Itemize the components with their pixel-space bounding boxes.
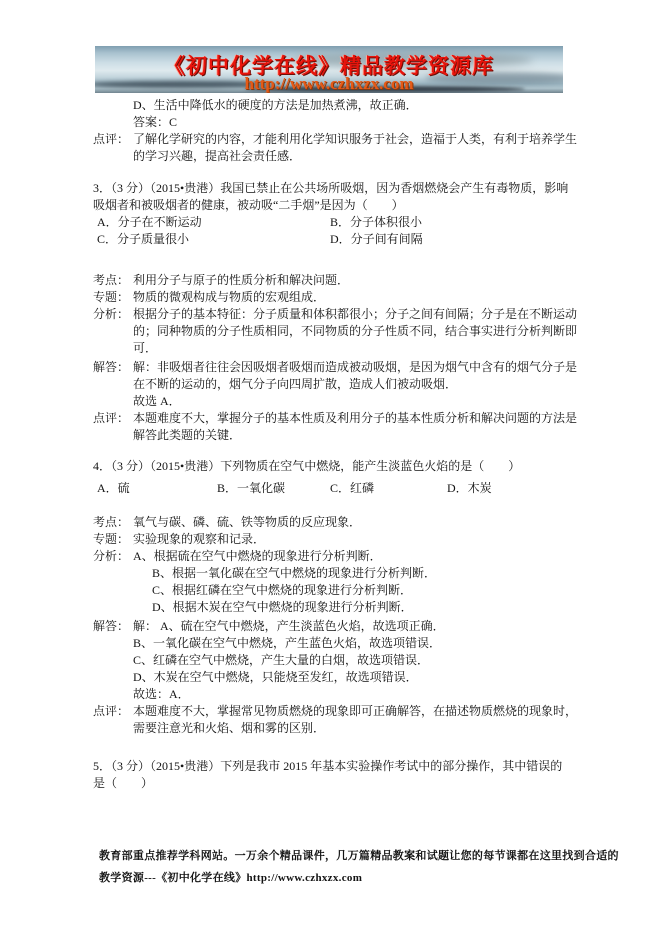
- analysis-line: 根据分子的基本特征：分子质量和体积都很小；分子之间有间隔；分子是在不断运动: [133, 306, 579, 323]
- analysis-content: 根据分子的基本特征：分子质量和体积都很小；分子之间有间隔；分子是在不断运动 的；…: [133, 306, 579, 357]
- comment-row: 点评： 本题难度不大，掌握分子的基本性质及利用分子的基本性质分析和解决问题的方法…: [93, 410, 579, 444]
- header-banner-image: 《初中化学在线》精品教学资源库 http://www.czhxzx.com: [95, 46, 563, 93]
- q2-comment-row: 点评： 了解化学研究的内容，才能利用化学知识服务于社会，造福于人类，有利于培养学…: [93, 131, 579, 165]
- comment-content: 本题难度不大，掌握分子的基本性质及利用分子的基本性质分析和解决问题的方法是 解答…: [133, 410, 579, 444]
- q4-option-c: C．红磷: [330, 480, 447, 497]
- comment-content: 本题难度不大，掌握常见物质燃烧的现象即可正确解答，在描述物质燃烧的现象时， 需要…: [133, 703, 579, 737]
- footer: 教育部重点推荐学科网站。一万余个精品课件，几万篇精品教案和试题让您的每节课都在这…: [99, 845, 629, 889]
- solution-line: D、木炭在空气中燃烧，只能烧至发红，故选项错误．: [133, 669, 579, 686]
- comment-label: 点评：: [93, 131, 133, 165]
- q3-analysis-section: 考点： 利用分子与原子的性质分析和解决问题． 专题： 物质的微观构成与物质的宏观…: [93, 272, 579, 444]
- q5-stem-line: 是（ ）: [93, 775, 579, 792]
- comment-line: 的学习兴趣，提高社会责任感．: [133, 148, 579, 165]
- solution-line: 解： A、硫在空气中燃烧，产生淡蓝色火焰，故选项正确．: [133, 618, 579, 635]
- topic-text: 实验现象的观察和记录．: [133, 531, 579, 548]
- q3-option-c: C．分子质量很小: [97, 231, 330, 248]
- comment-line: 本题难度不大，掌握常见物质燃烧的现象即可正确解答，在描述物质燃烧的现象时，: [133, 703, 579, 720]
- q2-option-d-line: D、生活中降低水的硬度的方法是加热煮沸，故正确．: [93, 97, 579, 114]
- q2-answer-section: D、生活中降低水的硬度的方法是加热煮沸，故正确． 答案：C 点评： 了解化学研究…: [93, 97, 579, 165]
- analysis-line: B、根据一氧化碳在空气中燃烧的现象进行分析判断．: [133, 565, 579, 582]
- solution-line: 在不断的运动的，烟气分子向四周扩散，造成人们被动吸烟．: [133, 376, 579, 393]
- banner-url: http://www.czhxzx.com: [95, 74, 563, 93]
- q3-stem-line: 3．（3 分）（2015•贵港）我国已禁止在公共场所吸烟，因为香烟燃烧会产生有毒…: [93, 180, 579, 197]
- comment-row: 点评： 本题难度不大，掌握常见物质燃烧的现象即可正确解答，在描述物质燃烧的现象时…: [93, 703, 579, 737]
- topic-row: 专题： 实验现象的观察和记录．: [93, 531, 579, 548]
- exam-point-text: 氧气与碳、磷、硫、铁等物质的反应现象．: [133, 514, 579, 531]
- exam-point-row: 考点： 利用分子与原子的性质分析和解决问题．: [93, 272, 579, 289]
- solution-row: 解答： 解： A、硫在空气中燃烧，产生淡蓝色火焰，故选项正确． B、一氧化碳在空…: [93, 618, 579, 703]
- exam-point-label: 考点：: [93, 514, 133, 531]
- analysis-row: 分析： A、根据硫在空气中燃烧的现象进行分析判断． B、根据一氧化碳在空气中燃烧…: [93, 548, 579, 616]
- q5-section: 5．（3 分）（2015•贵港）下列是我市 2015 年基本实验操作考试中的部分…: [93, 758, 579, 792]
- comment-line: 解答此类题的关键．: [133, 427, 579, 444]
- solution-content: 解：非吸烟者往往会因吸烟者吸烟而造成被动吸烟，是因为烟气中含有的烟气分子是 在不…: [133, 359, 579, 410]
- q3-section: 3．（3 分）（2015•贵港）我国已禁止在公共场所吸烟，因为香烟燃烧会产生有毒…: [93, 180, 579, 248]
- q4-option-a: A．硫: [97, 480, 217, 497]
- analysis-label: 分析：: [93, 306, 133, 357]
- analysis-line: A、根据硫在空气中燃烧的现象进行分析判断．: [133, 548, 579, 565]
- topic-label: 专题：: [93, 531, 133, 548]
- solution-label: 解答：: [93, 359, 133, 410]
- q3-option-a: A．分子在不断运动: [97, 214, 330, 231]
- analysis-line: D、根据木炭在空气中燃烧的现象进行分析判断．: [133, 599, 579, 616]
- q3-options-row: A．分子在不断运动 B．分子体积很小: [93, 214, 579, 231]
- q3-options-row: C．分子质量很小 D．分子间有间隔: [93, 231, 579, 248]
- comment-line: 了解化学研究的内容，才能利用化学知识服务于社会，造福于人类，有利于培养学生: [133, 131, 579, 148]
- comment-line: 本题难度不大，掌握分子的基本性质及利用分子的基本性质分析和解决问题的方法是: [133, 410, 579, 427]
- q3-stem-line: 吸烟者和被吸烟者的健康，被动吸“二手烟”是因为（ ）: [93, 197, 579, 214]
- q4-options-row: A．硫 B．一氧化碳 C．红磷 D．木炭: [93, 480, 579, 497]
- footer-line: 教育部重点推荐学科网站。一万余个精品课件，几万篇精品教案和试题让您的每节课都在这…: [99, 845, 629, 867]
- q3-option-b: B．分子体积很小: [330, 214, 422, 231]
- analysis-label: 分析：: [93, 548, 133, 616]
- analysis-line: C、根据红磷在空气中燃烧的现象进行分析判断．: [133, 582, 579, 599]
- q2-answer-line: 答案：C: [93, 114, 579, 131]
- q5-stem-line: 5．（3 分）（2015•贵港）下列是我市 2015 年基本实验操作考试中的部分…: [93, 758, 579, 775]
- solution-line: B、一氧化碳在空气中燃烧，产生蓝色火焰，故选项错误．: [133, 635, 579, 652]
- comment-content: 了解化学研究的内容，才能利用化学知识服务于社会，造福于人类，有利于培养学生 的学…: [133, 131, 579, 165]
- topic-text: 物质的微观构成与物质的宏观组成．: [133, 289, 579, 306]
- exam-point-row: 考点： 氧气与碳、磷、硫、铁等物质的反应现象．: [93, 514, 579, 531]
- comment-label: 点评：: [93, 410, 133, 444]
- solution-row: 解答： 解：非吸烟者往往会因吸烟者吸烟而造成被动吸烟，是因为烟气中含有的烟气分子…: [93, 359, 579, 410]
- q4-stem-line: 4．（3 分）（2015•贵港）下列物质在空气中燃烧，能产生淡蓝色火焰的是（ ）: [93, 458, 579, 475]
- solution-line: 故选 A．: [133, 393, 579, 410]
- solution-line: C、红磷在空气中燃烧，产生大量的白烟，故选项错误．: [133, 652, 579, 669]
- solution-line: 解：非吸烟者往往会因吸烟者吸烟而造成被动吸烟，是因为烟气中含有的烟气分子是: [133, 359, 579, 376]
- q3-option-d: D．分子间有间隔: [330, 231, 423, 248]
- solution-content: 解： A、硫在空气中燃烧，产生淡蓝色火焰，故选项正确． B、一氧化碳在空气中燃烧…: [133, 618, 579, 703]
- exam-point-label: 考点：: [93, 272, 133, 289]
- q4-section: 4．（3 分）（2015•贵港）下列物质在空气中燃烧，能产生淡蓝色火焰的是（ ）…: [93, 458, 579, 497]
- page: 《初中化学在线》精品教学资源库 http://www.czhxzx.com D、…: [0, 0, 661, 935]
- analysis-row: 分析： 根据分子的基本特征：分子质量和体积都很小；分子之间有间隔；分子是在不断运…: [93, 306, 579, 357]
- topic-label: 专题：: [93, 289, 133, 306]
- footer-line: 教学资源---《初中化学在线》http://www.czhxzx.com: [99, 867, 629, 889]
- solution-label: 解答：: [93, 618, 133, 703]
- analysis-line: 的；同种物质的分子性质相同，不同物质的分子性质不同，结合事实进行分析判断即: [133, 323, 579, 340]
- analysis-content: A、根据硫在空气中燃烧的现象进行分析判断． B、根据一氧化碳在空气中燃烧的现象进…: [133, 548, 579, 616]
- q4-option-d: D．木炭: [447, 480, 492, 497]
- q4-option-b: B．一氧化碳: [217, 480, 330, 497]
- comment-label: 点评：: [93, 703, 133, 737]
- document-body: D、生活中降低水的硬度的方法是加热煮沸，故正确． 答案：C 点评： 了解化学研究…: [93, 97, 579, 792]
- q4-analysis-section: 考点： 氧气与碳、磷、硫、铁等物质的反应现象． 专题： 实验现象的观察和记录． …: [93, 514, 579, 737]
- solution-line: 故选：A．: [133, 686, 579, 703]
- analysis-line: 可．: [133, 340, 579, 357]
- exam-point-text: 利用分子与原子的性质分析和解决问题．: [133, 272, 579, 289]
- comment-line: 需要注意光和火焰、烟和雾的区别．: [133, 720, 579, 737]
- topic-row: 专题： 物质的微观构成与物质的宏观组成．: [93, 289, 579, 306]
